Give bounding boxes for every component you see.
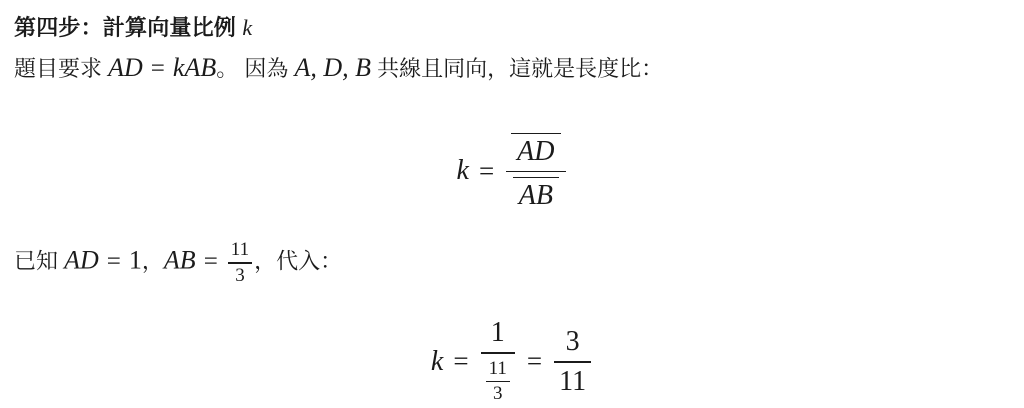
para2-separator: ，: [142, 249, 164, 274]
formula1-k: k: [457, 157, 469, 185]
small-fraction-denominator: 3: [490, 382, 506, 404]
math-AD: AD: [108, 53, 143, 82]
math-AB-2: AB: [164, 246, 196, 275]
para1-text-1: 題目要求: [14, 56, 108, 81]
step-heading-math-k: k: [242, 15, 252, 40]
step-heading: 第四步：計算向量比例 k: [14, 12, 1010, 44]
nested-fraction-numerator: 1: [486, 319, 510, 352]
formula2-equals-1: =: [453, 348, 468, 375]
small-fraction-numerator: 11: [486, 359, 510, 381]
para2-text-1: 已知: [14, 249, 64, 274]
math-equals: =: [151, 55, 165, 82]
fraction-AD-over-AB: AD AB: [506, 133, 565, 211]
fraction-1-over-11-3: 1 113: [481, 319, 515, 404]
formula2-equals-2: =: [527, 348, 542, 375]
formula1-equals: =: [479, 158, 494, 185]
nested-fraction-denominator: 113: [481, 354, 515, 404]
math-equals-2: =: [107, 248, 121, 275]
overline-AB: AB: [513, 177, 559, 210]
result-fraction-denominator: 11: [554, 363, 591, 396]
inline-fraction-numerator: 11: [228, 240, 252, 262]
overline-AD: AD: [511, 133, 560, 166]
step-heading-text: 第四步：計算向量比例: [14, 15, 242, 40]
small-fraction-11-3: 113: [486, 359, 510, 404]
math-equals-3: =: [204, 248, 218, 275]
formula-k-ratio: k = AD AB: [14, 133, 1010, 211]
paragraph-requirement: 題目要求 AD=kAB。 因為 A, D, B 共線且同向，這就是長度比：: [14, 54, 1010, 85]
fraction-3-over-11: 3 11: [554, 328, 591, 396]
page: { "colors": { "background": "#ffffff", "…: [0, 0, 1024, 408]
formula-k-value: k = 1 113 = 3 11: [14, 319, 1010, 404]
fraction-numerator: AD: [506, 133, 565, 171]
math-solution-document: 第四步：計算向量比例 k 題目要求 AD=kAB。 因為 A, D, B 共線且…: [0, 0, 1024, 404]
formula2-k: k: [431, 348, 443, 376]
para1-text-3: 共線且同向，這就是長度比：: [371, 56, 663, 81]
inline-fraction-11-3: 113: [228, 240, 252, 285]
result-fraction-numerator: 3: [561, 328, 585, 361]
paragraph-known-values: 已知 AD=1，AB=113，代入：: [14, 240, 1010, 285]
para1-text-2: 。 因為: [216, 56, 294, 81]
para2-text-2: ，代入：: [254, 249, 342, 274]
inline-fraction-denominator: 3: [232, 264, 248, 286]
math-value-1: 1: [129, 246, 142, 275]
fraction-denominator: AB: [508, 172, 564, 210]
math-kAB: kAB: [173, 53, 216, 82]
math-points-ADB: A, D, B: [294, 53, 371, 82]
math-AD-2: AD: [64, 246, 99, 275]
